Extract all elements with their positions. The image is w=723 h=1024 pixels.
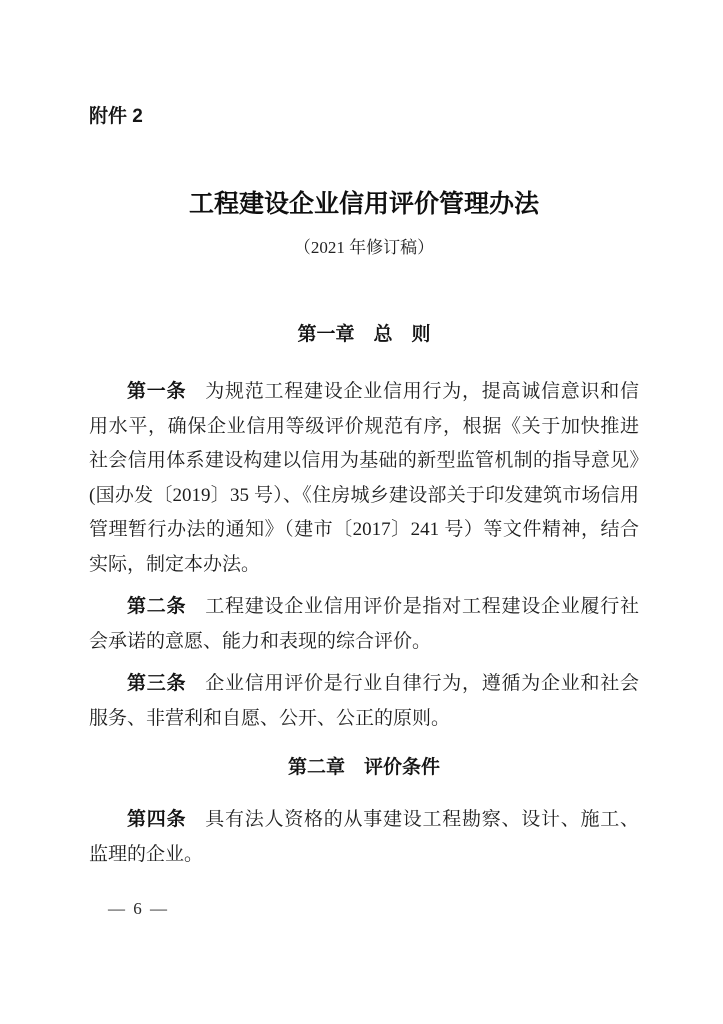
page-number: — 6 —	[108, 899, 169, 919]
article-4-label: 第四条	[127, 809, 186, 830]
article-1-text: 为规范工程建设企业信用行为，提高诚信意识和信用水平，确保企业信用等级评价规范有序…	[89, 381, 639, 575]
chapter-1-heading: 第一章 总 则	[89, 320, 639, 350]
document-page: 附件 2 工程建设企业信用评价管理办法 （2021 年修订稿） 第一章 总 则 …	[0, 0, 723, 1024]
document-content: 附件 2 工程建设企业信用评价管理办法 （2021 年修订稿） 第一章 总 则 …	[89, 0, 639, 872]
article-1: 第一条为规范工程建设企业信用行为，提高诚信意识和信用水平，确保企业信用等级评价规…	[89, 375, 639, 582]
document-subtitle: （2021 年修订稿）	[89, 236, 639, 260]
article-1-label: 第一条	[127, 381, 186, 402]
article-3-label: 第三条	[127, 673, 186, 694]
article-3: 第三条企业信用评价是行业自律行为，遵循为企业和社会服务、非营利和自愿、公开、公正…	[89, 667, 639, 736]
article-2-label: 第二条	[127, 596, 186, 617]
document-title: 工程建设企业信用评价管理办法	[89, 188, 639, 222]
article-2: 第二条工程建设企业信用评价是指对工程建设企业履行社会承诺的意愿、能力和表现的综合…	[89, 590, 639, 659]
article-4: 第四条具有法人资格的从事建设工程勘察、设计、施工、监理的企业。	[89, 803, 639, 872]
attachment-label: 附件 2	[89, 104, 639, 130]
chapter-2-heading: 第二章 评价条件	[89, 750, 639, 785]
